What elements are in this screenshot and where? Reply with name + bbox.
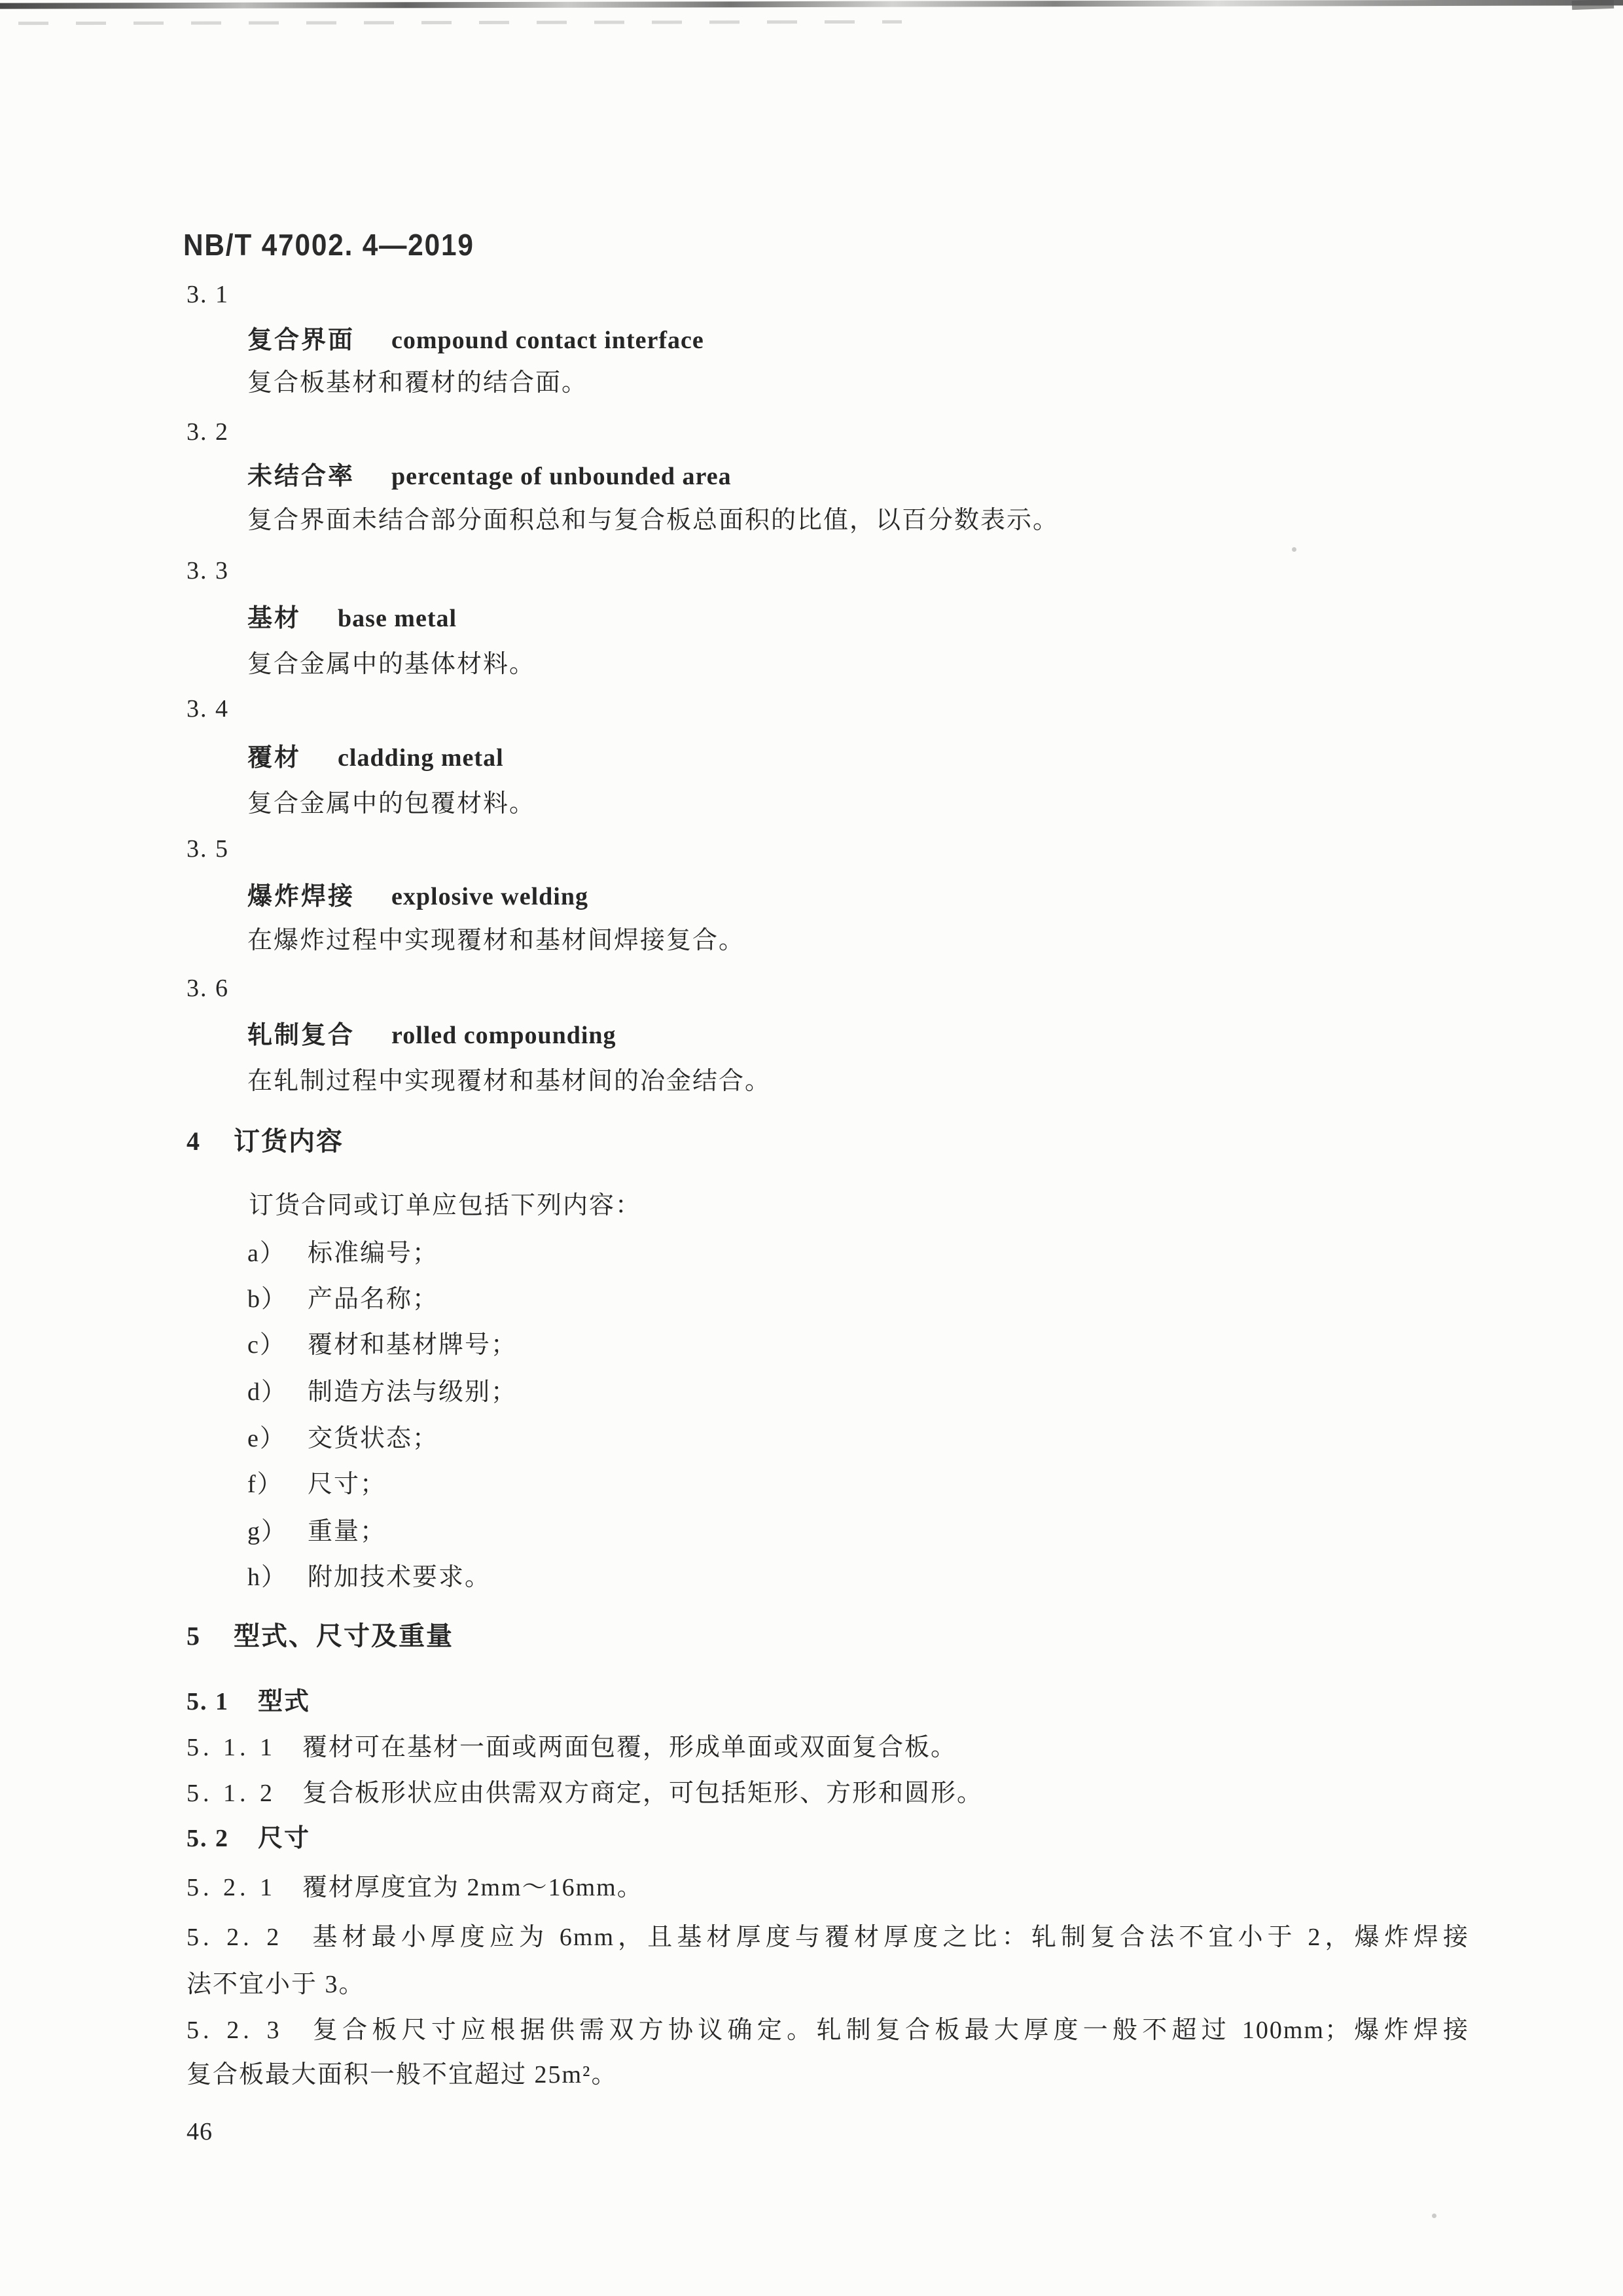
clause-3-1-term: 复合界面compound contact interface [247,323,704,357]
clause-3-6-number: 3. 6 [187,971,229,1005]
item-label: a） [247,1236,308,1270]
clause-4-title: 订货内容 [234,1126,344,1156]
item-text: 制造方法与级别； [308,1378,517,1406]
paragraph-number: 5. 1. 1 [187,1734,276,1761]
item-text: 尺寸； [308,1471,386,1498]
paragraph-number: 5. 1. 2 [187,1780,276,1807]
order-item-g: g）重量； [247,1515,386,1549]
clause-4-heading: 4订货内容 [187,1124,344,1158]
term-en: rolled compounding [391,1022,616,1049]
paragraph-5-2-3-line2: 复合板最大面积一般不宜超过 25m²。 [187,2058,617,2092]
item-label: e） [247,1422,308,1456]
clause-4-number: 4 [187,1126,201,1156]
order-item-h: h）附加技术要求。 [247,1560,491,1594]
clause-3-3-term: 基材base metal [247,601,457,636]
scan-speck [1292,547,1296,552]
paragraph-text: 覆材可在基材一面或两面包覆，形成单面或双面复合板。 [302,1734,957,1761]
clause-3-2-term: 未结合率percentage of unbounded area [247,459,732,493]
paragraph-text: 复合板形状应由供需双方商定，可包括矩形、方形和圆形。 [302,1780,983,1807]
order-item-c: c）覆材和基材牌号； [247,1328,517,1362]
clause-3-6-term: 轧制复合rolled compounding [247,1018,616,1052]
item-label: h） [247,1560,308,1594]
order-item-a: a）标准编号； [247,1236,438,1270]
term-zh: 轧制复合 [247,1022,355,1049]
clause-5-number: 5 [187,1621,201,1651]
clause-5-2-title: 尺寸 [258,1825,310,1852]
clause-3-4-definition: 复合金属中的包覆材料。 [247,787,535,821]
paragraph-5-2-2-line1: 5. 2. 2基材最小厚度应为 6mm，且基材厚度与覆材厚度之比：轧制复合法不宜… [187,1920,1469,1954]
clause-3-5-term: 爆炸焊接explosive welding [247,880,588,914]
scan-speck [1432,2214,1436,2218]
item-text: 覆材和基材牌号； [308,1331,517,1359]
paragraph-5-2-1: 5. 2. 1覆材厚度宜为 2mm～16mm。 [187,1871,643,1905]
clause-5-1-title: 型式 [258,1688,310,1715]
clause-3-3-number: 3. 3 [187,554,229,588]
term-zh: 覆材 [247,744,301,772]
paragraph-text: 复合板尺寸应根据供需双方协议确定。轧制复合板最大厚度一般不超过 100mm；爆炸… [310,2017,1469,2044]
scan-artifact-corner-mark [1572,0,1614,10]
item-label: d） [247,1375,308,1409]
paragraph-5-1-2: 5. 1. 2复合板形状应由供需双方商定，可包括矩形、方形和圆形。 [187,1776,983,1810]
clause-3-1-number: 3. 1 [187,278,229,312]
term-en: base metal [338,605,457,632]
item-text: 附加技术要求。 [308,1564,491,1591]
term-en: percentage of unbounded area [391,463,732,490]
clause-5-heading: 5型式、尺寸及重量 [187,1619,454,1653]
clause-4-intro: 订货合同或订单应包括下列内容： [249,1189,641,1223]
scan-artifact-echo-line [18,20,902,25]
clause-5-1-heading: 5. 1型式 [187,1685,310,1719]
item-text: 产品名称； [308,1285,438,1313]
clause-5-title: 型式、尺寸及重量 [234,1621,454,1651]
paragraph-text: 基材最小厚度应为 6mm，且基材厚度与覆材厚度之比：轧制复合法不宜小于 2，爆炸… [309,1924,1469,1951]
clause-5-2-number: 5. 2 [187,1825,229,1852]
standard-number-header: NB/T 47002. 4—2019 [183,228,474,262]
clause-3-5-number: 3. 5 [187,832,229,866]
paragraph-number: 5. 2. 2 [187,1924,283,1951]
item-label: f） [247,1467,308,1501]
item-label: c） [247,1328,308,1362]
term-zh: 基材 [247,605,301,632]
order-item-f: f）尺寸； [247,1467,386,1501]
scanned-standard-page: NB/T 47002. 4—2019 3. 1 复合界面compound con… [0,0,1623,2296]
clause-3-2-number: 3. 2 [187,415,229,449]
scan-artifact-top-line [0,0,1623,9]
term-en: compound contact interface [391,327,704,354]
term-en: explosive welding [391,883,588,910]
paragraph-number: 5. 2. 1 [187,1874,276,1901]
clause-3-4-number: 3. 4 [187,692,229,726]
order-item-b: b）产品名称； [247,1282,438,1316]
paragraph-number: 5. 2. 3 [187,2017,283,2044]
clause-3-6-definition: 在轧制过程中实现覆材和基材间的冶金结合。 [247,1064,771,1098]
paragraph-5-2-3-line1: 5. 2. 3复合板尺寸应根据供需双方协议确定。轧制复合板最大厚度一般不超过 1… [187,2013,1469,2047]
item-label: b） [247,1282,308,1316]
order-item-d: d）制造方法与级别； [247,1375,517,1409]
paragraph-5-2-2-line2: 法不宜小于 3。 [187,1967,365,2001]
term-zh: 未结合率 [247,463,355,490]
item-text: 标准编号； [308,1240,438,1267]
term-zh: 爆炸焊接 [247,883,355,910]
item-text: 重量； [308,1518,386,1545]
clause-3-1-definition: 复合板基材和覆材的结合面。 [247,366,588,400]
clause-3-2-definition: 复合界面未结合部分面积总和与复合板总面积的比值，以百分数表示。 [247,503,1059,537]
item-text: 交货状态； [308,1425,438,1452]
clause-5-1-number: 5. 1 [187,1688,229,1715]
page-number: 46 [187,2115,213,2149]
term-en: cladding metal [338,744,504,772]
clause-3-3-definition: 复合金属中的基体材料。 [247,647,535,681]
paragraph-5-1-1: 5. 1. 1覆材可在基材一面或两面包覆，形成单面或双面复合板。 [187,1731,957,1765]
item-label: g） [247,1515,308,1549]
clause-3-5-definition: 在爆炸过程中实现覆材和基材间焊接复合。 [247,924,745,958]
term-zh: 复合界面 [247,327,355,354]
clause-3-4-term: 覆材cladding metal [247,741,504,775]
paragraph-text: 覆材厚度宜为 2mm～16mm。 [302,1874,643,1901]
clause-5-2-heading: 5. 2尺寸 [187,1821,310,1856]
order-item-e: e）交货状态； [247,1422,438,1456]
